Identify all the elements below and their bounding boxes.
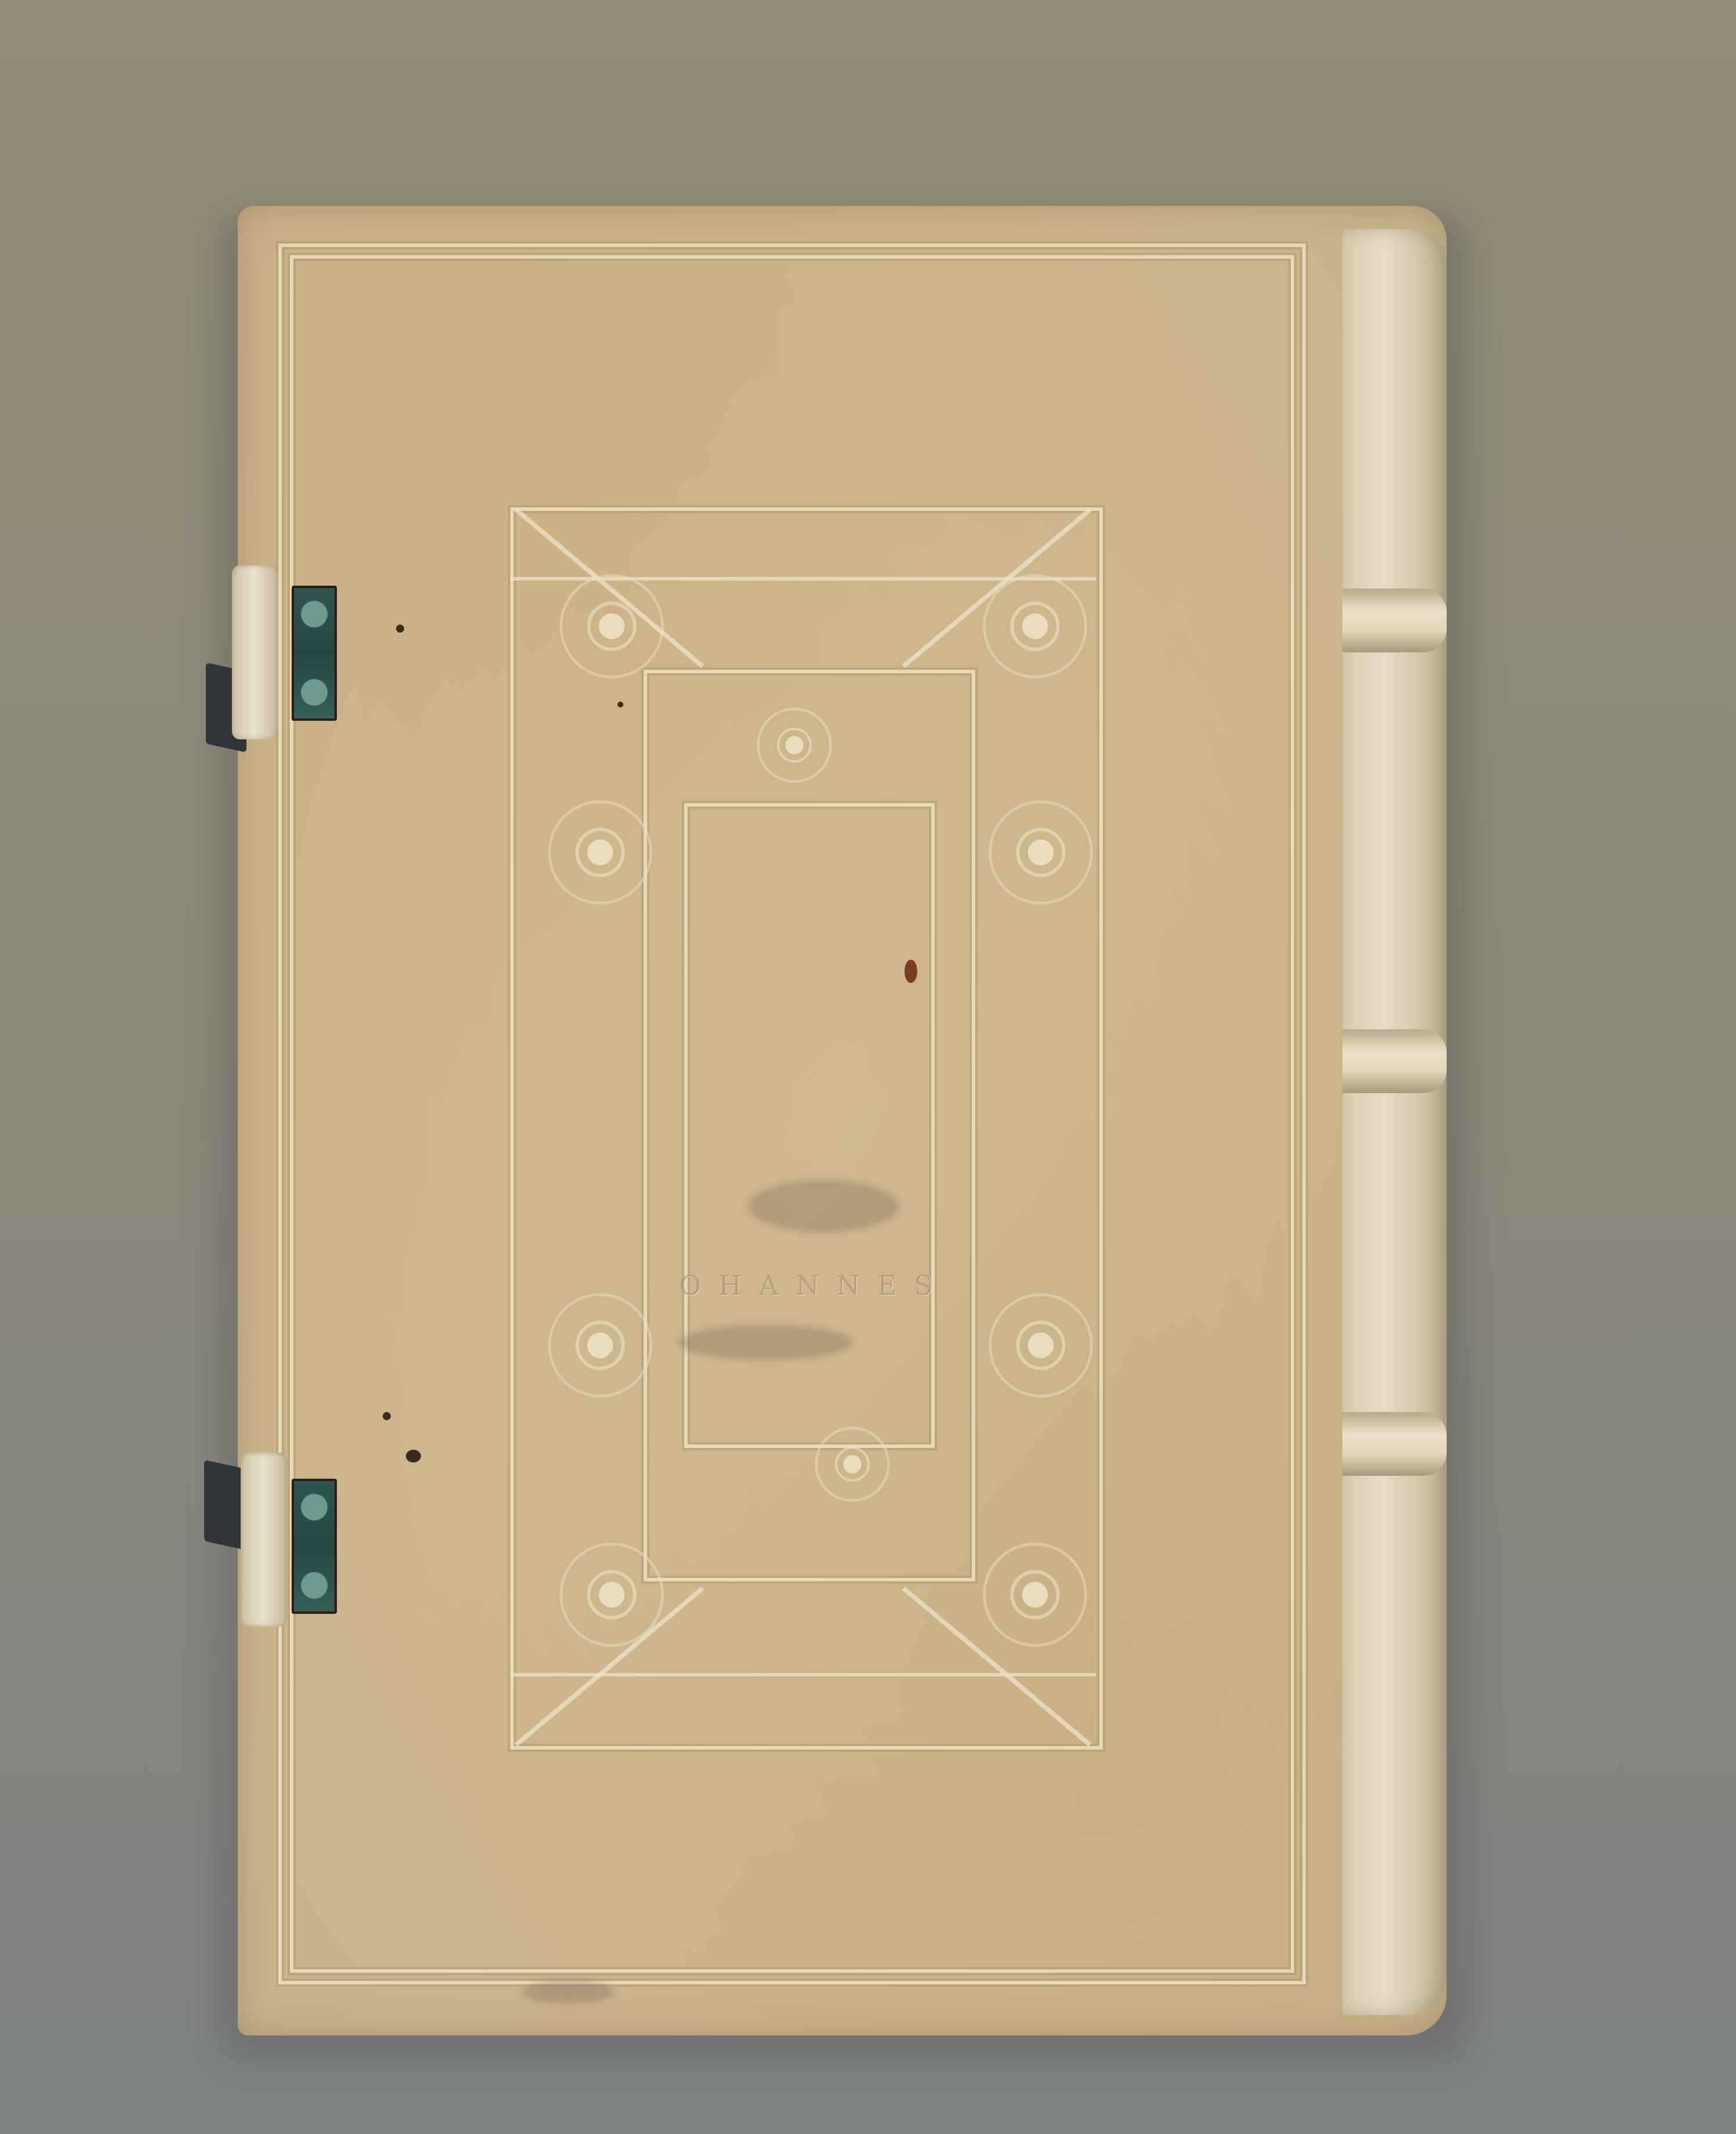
wormhole [618,702,623,707]
clasp-plate [292,1479,337,1614]
floral-stamp [562,577,661,676]
floral-stamp [562,1545,661,1644]
stain [522,1980,615,2004]
floral-stamp [992,803,1090,902]
wormhole [383,1412,391,1420]
wormhole [396,625,404,633]
spine-band [1342,1412,1447,1476]
wormhole [406,1450,421,1462]
book-spine [1342,229,1447,2015]
stain [748,1180,899,1232]
floral-stamp [986,1545,1084,1644]
floral-stamp [818,1429,887,1499]
rust-stain [905,960,917,983]
floral-stamp [551,803,649,902]
clasp-strap [232,565,278,739]
floral-stamp [992,1296,1090,1395]
stamped-inscription: OHANNES [687,1265,942,1306]
clasp-tab [204,1460,245,1550]
book-cover [238,206,1447,2035]
floral-stamp [551,1296,649,1395]
stain [678,1325,852,1360]
clasp-plate [292,586,337,721]
clasp-strap [241,1453,287,1627]
spine-band [1342,589,1447,652]
spine-band [1342,1029,1447,1093]
floral-stamp [760,710,829,780]
floral-stamp [986,577,1084,676]
